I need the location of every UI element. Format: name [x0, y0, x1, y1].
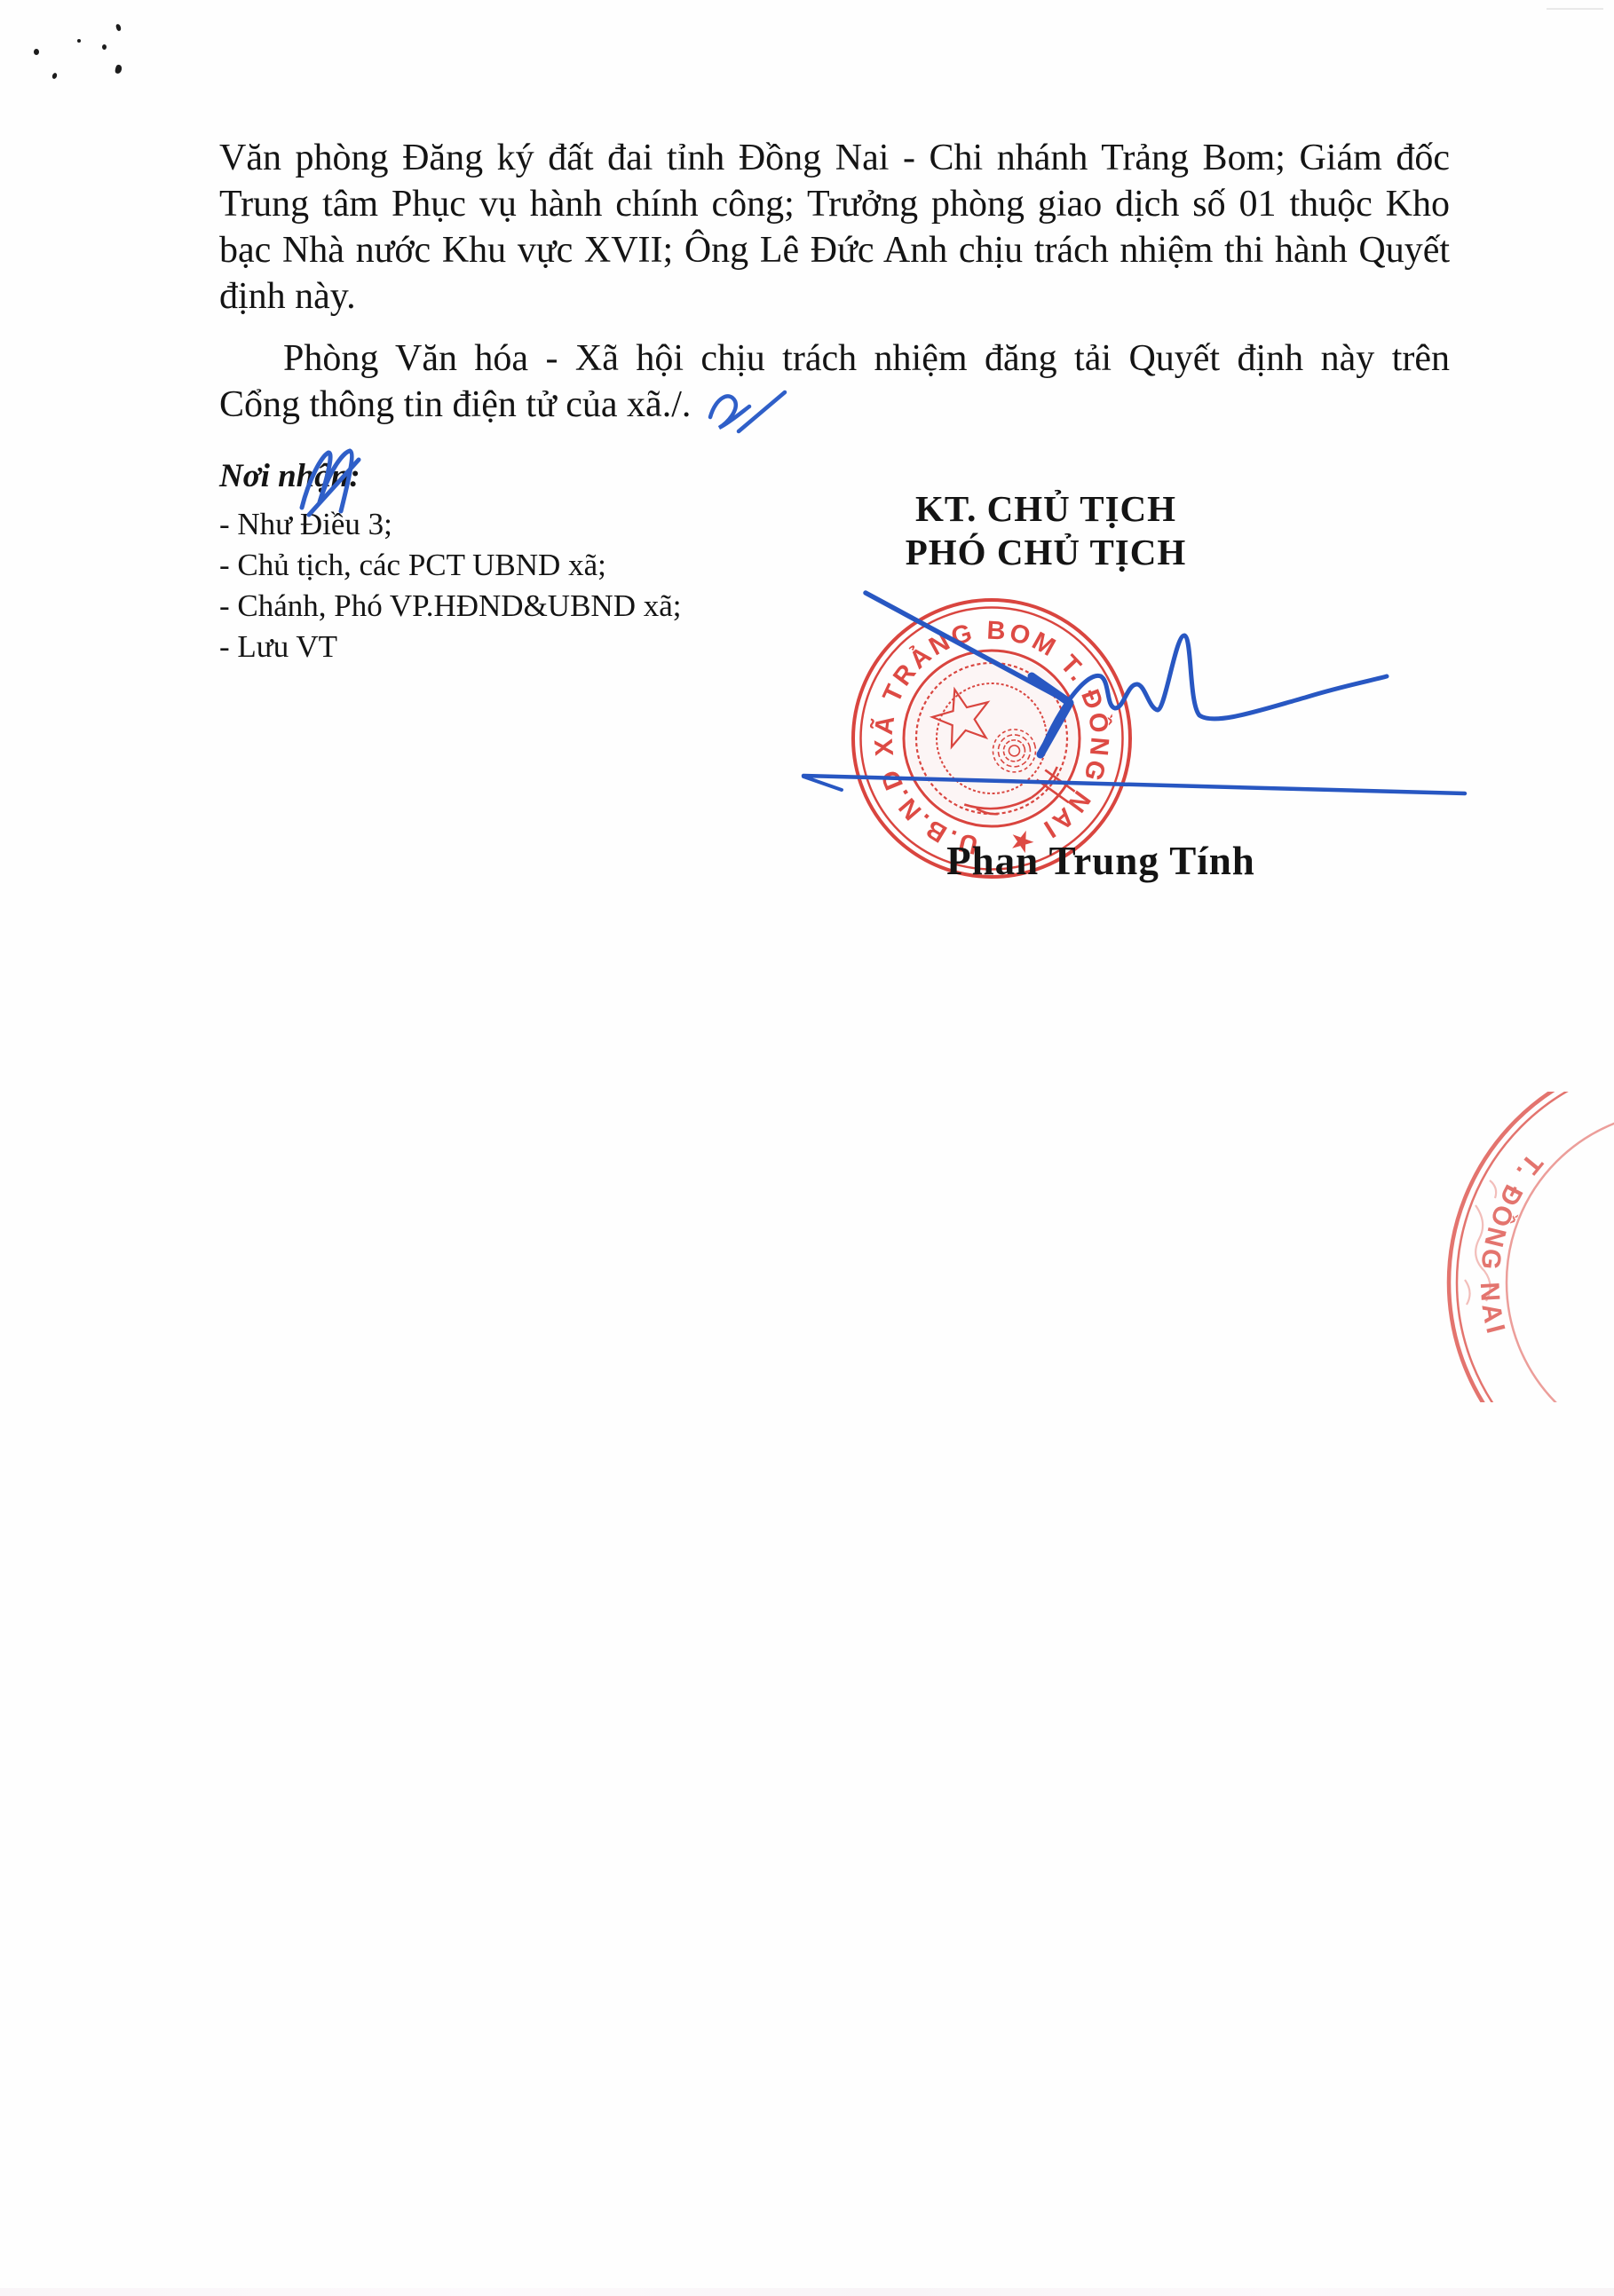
- body-paragraph-1: Văn phòng Đăng ký đất đai tỉnh Đồng Nai …: [219, 135, 1450, 320]
- scan-noise-dot: [34, 49, 39, 55]
- document-body: Văn phòng Đăng ký đất đai tỉnh Đồng Nai …: [219, 135, 1450, 428]
- national-emblem: [899, 646, 1086, 837]
- signer-name: Phan Trung Tính: [923, 838, 1278, 884]
- paragraph-line: Phòng Văn hóa - Xã hội chịu trách nhiệm …: [219, 335, 1450, 382]
- recipient-item: - Như Điều 3;: [219, 504, 770, 545]
- recipients-heading: Nơi nhận:: [219, 456, 770, 497]
- scan-noise-dot: [102, 44, 107, 50]
- bleedthrough-seal-stamp: T. ĐỒNG NAI: [1412, 1092, 1614, 1402]
- signature-stroke-wedge: [1032, 676, 1070, 754]
- paragraph-line: Văn phòng Đăng ký đất đai tỉnh Đồng Nai …: [219, 135, 1450, 181]
- emblem-star-icon: [927, 682, 996, 750]
- paragraph-line: Cổng thông tin điện tử của xã./.: [219, 382, 1450, 428]
- paragraph-line: Trung tâm Phục vụ hành chính công; Trưởn…: [219, 181, 1450, 227]
- recipient-item: - Chủ tịch, các PCT UBND xã;: [219, 545, 770, 586]
- bleed-seal-squiggles: [1465, 1180, 1496, 1305]
- signature-position-line: PHÓ CHỦ TỊCH: [824, 531, 1268, 574]
- signature-stroke-underline: [803, 776, 1465, 793]
- bleed-seal-outer-ring: [1449, 1092, 1614, 1402]
- recipient-item: - Chánh, Phó VP.HĐND&UBND xã;: [219, 586, 770, 627]
- seal-second-ring: [861, 608, 1123, 870]
- paragraph-line: định này.: [219, 273, 1450, 320]
- signature-stroke-flourish: [1040, 635, 1387, 754]
- seal-ring-text: U.B.N.D XÃ TRẢNG BOM T. ĐỒNG NAI ★: [868, 617, 1116, 859]
- scan-edge-artifact: [0, 2288, 1614, 2296]
- emblem-drum-circles: [988, 724, 1040, 777]
- handwritten-signature: [763, 568, 1563, 861]
- bleed-seal-second-ring: [1457, 1092, 1614, 1402]
- scan-noise-dot: [115, 23, 122, 31]
- signature-title-block: KT. CHỦ TỊCH PHÓ CHỦ TỊCH: [824, 487, 1268, 574]
- scan-noise-dot: [51, 72, 58, 79]
- recipients-block: Nơi nhận: - Như Điều 3; - Chủ tịch, các …: [219, 456, 770, 667]
- signature-stroke-diagonal: [866, 593, 1070, 703]
- recipient-item: - Lưu VT: [219, 627, 770, 667]
- seal-inner-ring: [904, 651, 1080, 826]
- scanned-document-page: Văn phòng Đăng ký đất đai tỉnh Đồng Nai …: [0, 0, 1614, 2296]
- paragraph-line: bạc Nhà nước Khu vực XVII; Ông Lê Đức An…: [219, 227, 1450, 273]
- seal-outer-ring: [853, 600, 1130, 877]
- emblem-wreath-ribbon: [961, 764, 1078, 829]
- body-paragraph-2: Phòng Văn hóa - Xã hội chịu trách nhiệm …: [219, 335, 1450, 428]
- signature-authority-line: KT. CHỦ TỊCH: [824, 487, 1268, 531]
- bleed-seal-arc-text: T. ĐỒNG NAI: [1475, 1148, 1548, 1337]
- signature-stroke-arrow-barb: [803, 777, 842, 790]
- bleed-seal-inner-ring: [1507, 1111, 1614, 1402]
- scan-noise-dot: [115, 64, 123, 74]
- scan-edge-artifact: [1547, 8, 1603, 10]
- scan-noise-dot: [77, 39, 81, 43]
